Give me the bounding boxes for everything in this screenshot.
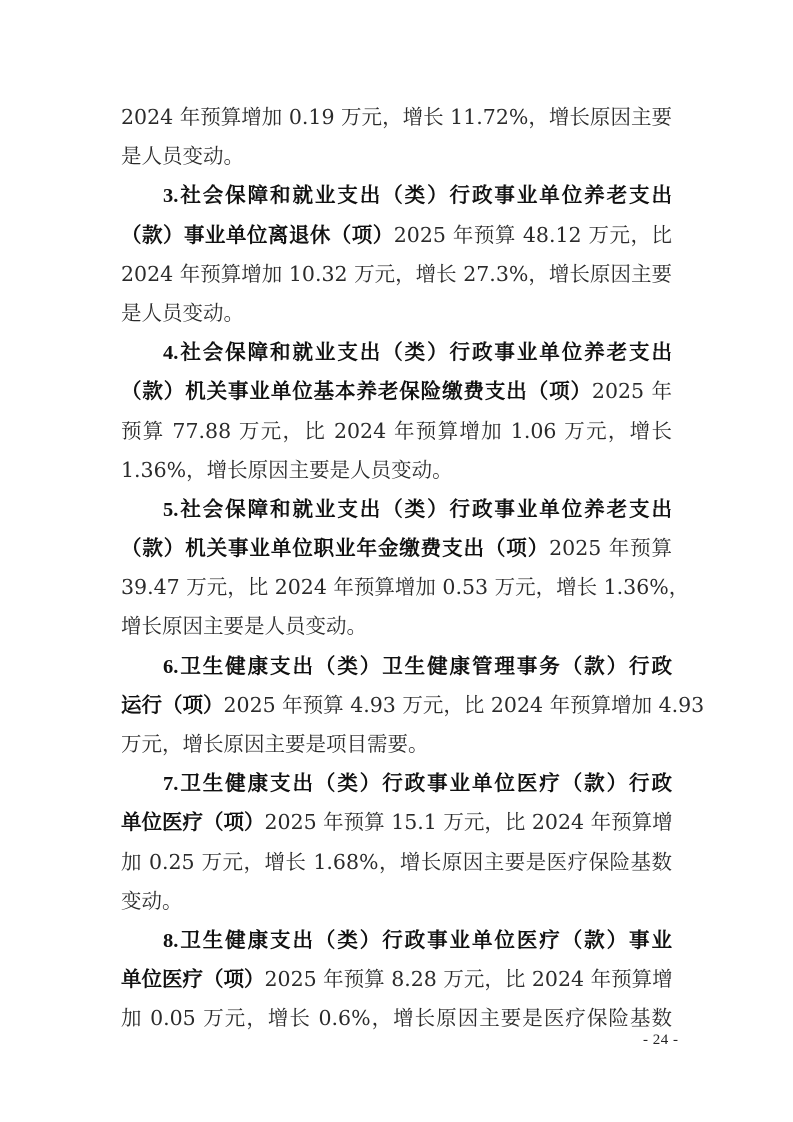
text-line: 增长原因主要是人员变动。 bbox=[121, 607, 672, 646]
text-line: 2024 年预算增加 10.32 万元，增长 27.3%，增长原因主要 bbox=[121, 255, 672, 294]
text-line: 1.36%，增长原因主要是人员变动。 bbox=[121, 451, 672, 490]
text-line: 是人员变动。 bbox=[121, 294, 672, 333]
item-number: 7. bbox=[163, 773, 178, 795]
text-line: 加 0.25 万元，增长 1.68%，增长原因主要是医疗保险基数 bbox=[121, 843, 672, 882]
text-line: 单位医疗（项）2025 年预算 15.1 万元，比 2024 年预算增 bbox=[121, 803, 672, 842]
heading-text: 单位医疗（项） bbox=[121, 967, 265, 991]
heading-text: （款）机关事业单位职业年金缴费支出（项） bbox=[121, 536, 549, 560]
page-number: - 24 - bbox=[643, 1032, 679, 1049]
heading-line: 6.卫生健康支出（类）卫生健康管理事务（款）行政 bbox=[121, 647, 672, 686]
item-number: 6. bbox=[163, 656, 178, 678]
budget-text: 2025 年预算 8.28 万元，比 2024 年预算增 bbox=[265, 967, 673, 991]
heading-text: 卫生健康支出（类）行政事业单位医疗（款）事业 bbox=[178, 928, 672, 952]
heading-line: 5.社会保障和就业支出（类）行政事业单位养老支出 bbox=[121, 490, 672, 529]
heading-line: 4.社会保障和就业支出（类）行政事业单位养老支出 bbox=[121, 333, 672, 372]
text-line: （款）机关事业单位基本养老保险缴费支出（项）2025 年 bbox=[121, 372, 672, 411]
budget-text: 2025 年预算 48.12 万元，比 bbox=[394, 223, 672, 247]
text-line: （款）机关事业单位职业年金缴费支出（项）2025 年预算 bbox=[121, 529, 672, 568]
item-number: 4. bbox=[163, 342, 178, 364]
heading-text: 卫生健康支出（类）行政事业单位医疗（款）行政 bbox=[178, 771, 672, 795]
text-line: 变动。 bbox=[121, 882, 672, 921]
paragraph-8: 8.卫生健康支出（类）行政事业单位医疗（款）事业 单位医疗（项）2025 年预算… bbox=[121, 921, 672, 1039]
item-number: 5. bbox=[163, 499, 178, 521]
budget-text: 2025 年预算 4.93 万元，比 2024 年预算增加 4.93 bbox=[224, 693, 705, 717]
heading-text: （款）事业单位离退休（项） bbox=[121, 223, 394, 247]
body-text: 2024 年预算增加 0.19 万元，增长 11.72%，增长原因主要 是人员变… bbox=[121, 98, 672, 1039]
heading-line: 7.卫生健康支出（类）行政事业单位医疗（款）行政 bbox=[121, 764, 672, 803]
heading-line: 3.社会保障和就业支出（类）行政事业单位养老支出 bbox=[121, 176, 672, 215]
text-line: 加 0.05 万元，增长 0.6%，增长原因主要是医疗保险基数 bbox=[121, 999, 672, 1038]
paragraph-3: 3.社会保障和就业支出（类）行政事业单位养老支出 （款）事业单位离退休（项）20… bbox=[121, 176, 672, 333]
paragraph-5: 5.社会保障和就业支出（类）行政事业单位养老支出 （款）机关事业单位职业年金缴费… bbox=[121, 490, 672, 647]
text-line: 2024 年预算增加 0.19 万元，增长 11.72%，增长原因主要 bbox=[121, 98, 672, 137]
text-line: 预算 77.88 万元，比 2024 年预算增加 1.06 万元，增长 bbox=[121, 412, 672, 451]
text-line: 万元，增长原因主要是项目需要。 bbox=[121, 725, 672, 764]
heading-text: 单位医疗（项） bbox=[121, 810, 265, 834]
text-line: 单位医疗（项）2025 年预算 8.28 万元，比 2024 年预算增 bbox=[121, 960, 672, 999]
item-number: 8. bbox=[163, 930, 178, 952]
item-number: 3. bbox=[163, 185, 178, 207]
paragraph-6: 6.卫生健康支出（类）卫生健康管理事务（款）行政 运行（项）2025 年预算 4… bbox=[121, 647, 672, 765]
heading-text: （款）机关事业单位基本养老保险缴费支出（项） bbox=[121, 379, 592, 403]
text-line: 是人员变动。 bbox=[121, 137, 672, 176]
text-line: （款）事业单位离退休（项）2025 年预算 48.12 万元，比 bbox=[121, 216, 672, 255]
paragraph-2-tail: 2024 年预算增加 0.19 万元，增长 11.72%，增长原因主要 是人员变… bbox=[121, 98, 672, 176]
heading-line: 8.卫生健康支出（类）行政事业单位医疗（款）事业 bbox=[121, 921, 672, 960]
document-page: 2024 年预算增加 0.19 万元，增长 11.72%，增长原因主要 是人员变… bbox=[0, 0, 793, 1122]
paragraph-7: 7.卫生健康支出（类）行政事业单位医疗（款）行政 单位医疗（项）2025 年预算… bbox=[121, 764, 672, 921]
heading-text: 社会保障和就业支出（类）行政事业单位养老支出 bbox=[178, 497, 672, 521]
budget-text: 2025 年 bbox=[592, 379, 672, 403]
budget-text: 2025 年预算 bbox=[549, 536, 672, 560]
heading-text: 运行（项） bbox=[121, 693, 224, 717]
heading-text: 卫生健康支出（类）卫生健康管理事务（款）行政 bbox=[178, 654, 672, 678]
text-line: 运行（项）2025 年预算 4.93 万元，比 2024 年预算增加 4.93 bbox=[121, 686, 672, 725]
text-line: 39.47 万元，比 2024 年预算增加 0.53 万元，增长 1.36%， bbox=[121, 568, 672, 607]
heading-text: 社会保障和就业支出（类）行政事业单位养老支出 bbox=[178, 183, 672, 207]
heading-text: 社会保障和就业支出（类）行政事业单位养老支出 bbox=[178, 340, 672, 364]
paragraph-4: 4.社会保障和就业支出（类）行政事业单位养老支出 （款）机关事业单位基本养老保险… bbox=[121, 333, 672, 490]
budget-text: 2025 年预算 15.1 万元，比 2024 年预算增 bbox=[265, 810, 673, 834]
